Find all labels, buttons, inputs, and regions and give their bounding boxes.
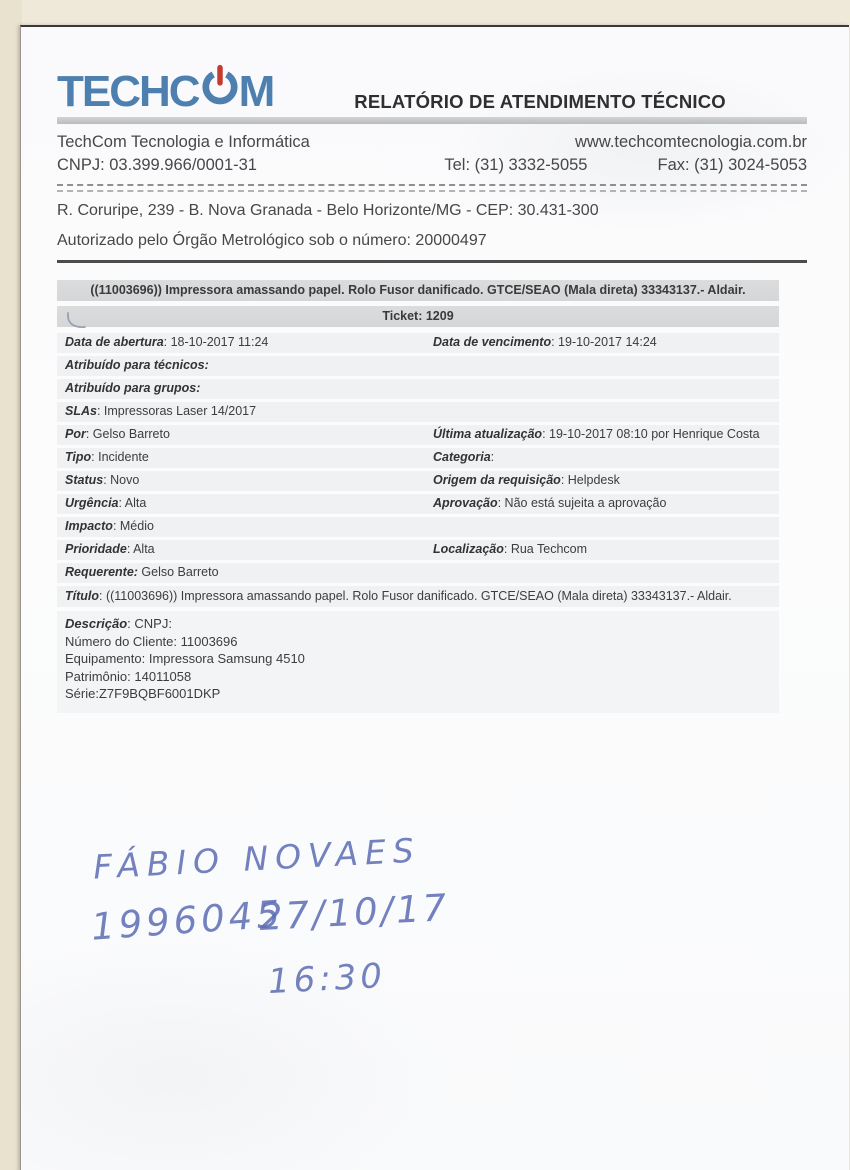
section-divider [57, 260, 807, 263]
field-label: Aprovação [433, 496, 498, 510]
field-label: Data de vencimento [433, 335, 551, 349]
field-label: Atribuído para técnicos: [65, 358, 209, 372]
field-value: : 19-10-2017 14:24 [551, 335, 657, 349]
report-title: RELATÓRIO DE ATENDIMENTO TÉCNICO [273, 91, 807, 113]
table-row: Atribuído para grupos: [57, 379, 779, 399]
field-value: : Não está sujeita a aprovação [498, 496, 667, 510]
perforated-divider [57, 184, 807, 192]
company-line-2: CNPJ: 03.399.966/0001-31 Tel: (31) 3332-… [57, 156, 807, 175]
table-row: Requerente: Gelso Barreto [57, 563, 779, 583]
logo-text-right: M [239, 70, 274, 114]
field-label: Status [65, 473, 103, 487]
table-row: Urgência: Alta Aprovação: Não está sujei… [57, 494, 779, 514]
pen-scribble-mark [65, 311, 87, 336]
field-value: : Rua Techcom [504, 542, 587, 556]
field-value: : 19-10-2017 08:10 por Henrique Costa [542, 427, 760, 441]
ticket-number-bar: Ticket: 1209 [57, 306, 779, 327]
field-value: : ((11003696)) Impressora amassando pape… [99, 589, 732, 603]
field-label: Impacto [65, 519, 113, 533]
field-value: : [491, 450, 494, 464]
handwritten-time: 16:30 [267, 956, 387, 1002]
company-line-1: TechCom Tecnologia e Informática www.tec… [57, 133, 807, 152]
ticket-subject-bar: ((11003696)) Impressora amassando papel.… [57, 280, 779, 301]
field-label: Última atualização [433, 427, 542, 441]
field-value: Gelso Barreto [138, 565, 219, 579]
field-value: : 18-10-2017 11:24 [164, 335, 269, 349]
company-website: www.techcomtecnologia.com.br [575, 133, 807, 152]
field-value: : Incidente [91, 450, 149, 464]
field-label: Por [65, 427, 86, 441]
ticket-section: ((11003696)) Impressora amassando papel.… [57, 280, 779, 713]
header: TECHC M RELATÓRIO DE ATENDIMENTO TÉCNICO [57, 65, 807, 114]
table-row: Status: Novo Origem da requisição: Helpd… [57, 471, 779, 491]
handwritten-name: FÁBIO NOVAES [92, 830, 421, 886]
field-value: : CNPJ: [127, 616, 172, 631]
power-icon [202, 65, 238, 112]
field-value: : Alta [127, 542, 155, 556]
field-label: Descrição [65, 616, 127, 631]
header-divider [57, 117, 807, 124]
company-fax: Fax: (31) 3024-5053 [657, 156, 807, 175]
company-tel: Tel: (31) 3332-5055 [444, 156, 587, 175]
field-label: Origem da requisição [433, 473, 561, 487]
description-line: Equipamento: Impressora Samsung 4510 [65, 650, 771, 668]
handwritten-date: 27/10/17 [258, 886, 450, 939]
ticket-title-row: Título: ((11003696)) Impressora amassand… [57, 586, 779, 607]
page-content: TECHC M RELATÓRIO DE ATENDIMENTO TÉCNICO… [21, 27, 849, 713]
field-value: : Médio [113, 519, 154, 533]
company-cnpj: CNPJ: 03.399.966/0001-31 [57, 156, 257, 175]
logo-text-left: TECHC [57, 70, 199, 114]
description-heading: Descrição: CNPJ: [65, 615, 771, 633]
table-row: Impacto: Médio [57, 517, 779, 537]
table-row: Tipo: Incidente Categoria: [57, 448, 779, 468]
table-row: Prioridade: Alta Localização: Rua Techco… [57, 540, 779, 560]
table-row: Data de abertura: 18-10-2017 11:24 Data … [57, 333, 779, 353]
field-label: Localização [433, 542, 504, 556]
description-line: Série:Z7F9BQBF6001DKP [65, 685, 771, 703]
field-label: Categoria [433, 450, 491, 464]
field-label: Título [65, 589, 99, 603]
field-value: : Impressoras Laser 14/2017 [97, 404, 256, 418]
handwritten-number: 1996045 [90, 892, 285, 948]
field-value: : Helpdesk [561, 473, 620, 487]
field-value: : Alta [119, 496, 147, 510]
field-label: SLAs [65, 404, 97, 418]
table-row: Por: Gelso Barreto Última atualização: 1… [57, 425, 779, 445]
field-label: Data de abertura [65, 335, 164, 349]
ticket-fields: Data de abertura: 18-10-2017 11:24 Data … [57, 333, 779, 713]
field-value: : Gelso Barreto [86, 427, 170, 441]
field-label: Prioridade [65, 542, 127, 556]
description-line: Número do Cliente: 11003696 [65, 633, 771, 651]
field-label: Tipo [65, 450, 91, 464]
table-row: Atribuído para técnicos: [57, 356, 779, 376]
document-page: TECHC M RELATÓRIO DE ATENDIMENTO TÉCNICO… [20, 25, 849, 1170]
metrology-authorization: Autorizado pelo Órgão Metrológico sob o … [57, 232, 807, 250]
field-label: Atribuído para grupos: [65, 381, 200, 395]
description-line: Patrimônio: 14011058 [65, 668, 771, 686]
field-value: : Novo [103, 473, 139, 487]
techcom-logo: TECHC M [57, 65, 273, 114]
table-row: SLAs: Impressoras Laser 14/2017 [57, 402, 779, 422]
field-label: Urgência [65, 496, 119, 510]
description-block: Descrição: CNPJ: Número do Cliente: 1100… [57, 611, 779, 713]
company-address: R. Coruripe, 239 - B. Nova Granada - Bel… [57, 202, 807, 220]
company-name: TechCom Tecnologia e Informática [57, 133, 310, 152]
field-label: Requerente: [65, 565, 138, 579]
